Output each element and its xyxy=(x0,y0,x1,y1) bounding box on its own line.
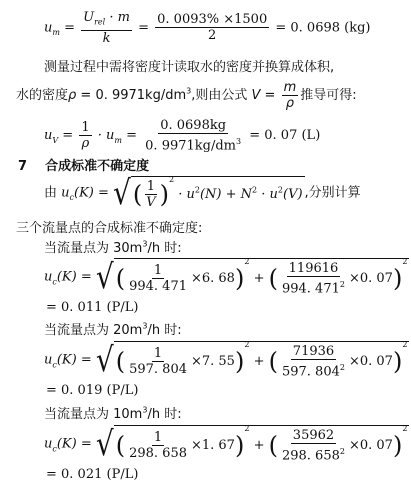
term-N: (N) + N xyxy=(200,187,252,202)
sqrt-expression: √ (1597. 804×7. 55)2 + (71936597. 8042×0… xyxy=(96,341,410,379)
numerator: 119616 xyxy=(287,261,341,277)
times-u: · u xyxy=(98,128,115,143)
symbol-u: u xyxy=(61,186,69,201)
lhs-K: (K) = xyxy=(57,353,96,368)
paragraph-density-conversion: 测量过程中需将密度计读取水的密度并换算成体积, xyxy=(44,56,334,75)
numerator-1: 1 xyxy=(79,120,91,136)
label-unit: /h 时: xyxy=(147,241,181,256)
flow-point-10-label: 当流量点为 10m3/h 时: xyxy=(44,403,182,422)
exponent-2: 2 xyxy=(169,175,174,184)
fraction-1-over-V: 1V xyxy=(144,179,157,210)
label-text: 当流量点为 20m xyxy=(44,323,142,338)
term-V: (V) xyxy=(283,187,303,202)
exponent-2: 2 xyxy=(340,280,345,289)
symbol-k: k xyxy=(101,31,113,46)
exponent-2: 2 xyxy=(402,257,407,266)
section-number: 7 xyxy=(18,159,27,174)
numerator-1: 1 xyxy=(145,179,157,195)
result-um: = 0. 0698 (kg) xyxy=(275,20,370,35)
equation-um: um = Urel · m k = 0. 0093% ×1500 2 = 0. … xyxy=(44,10,371,46)
fraction-2: 119616994. 4712 xyxy=(280,261,347,296)
result-uc-10: = 0. 021 (P/L) xyxy=(46,467,138,482)
text-by: 由 xyxy=(44,186,61,201)
fraction-1: 1597. 804 xyxy=(127,346,189,377)
fraction-1: 1298. 658 xyxy=(127,430,189,461)
symbol-m: m xyxy=(282,80,299,96)
fraction-2: 71936597. 8042 xyxy=(280,344,347,379)
density-value: = 0. 9971kg/dm xyxy=(76,88,186,103)
numerator-kg: 0. 0698kg xyxy=(158,118,228,134)
subscript-m: m xyxy=(114,136,122,145)
multiplier: ×1. 67 xyxy=(191,438,235,453)
sqrt-expression: √ (1298. 658×1. 67)2 + (35962298. 6582×0… xyxy=(96,425,410,463)
radical-sign: √ xyxy=(113,175,131,211)
result-uc-20: = 0. 019 (P/L) xyxy=(46,383,138,398)
fraction-m-over-rho: mρ xyxy=(282,80,299,111)
denominator: 597. 804 xyxy=(127,362,189,377)
radical-sign: √ xyxy=(96,259,114,295)
symbol-rho: ρ xyxy=(80,136,92,151)
fraction-2: 35962298. 6582 xyxy=(280,428,347,463)
exponent-2: 2 xyxy=(402,424,407,433)
lhs-K: (K) = xyxy=(74,186,113,201)
equation-uc-30: uc(K) = √ (1994. 471×6. 68)2 + (11961699… xyxy=(44,258,409,296)
exponent-2: 2 xyxy=(340,447,345,456)
result-uv: = 0. 07 (L) xyxy=(249,128,320,143)
exponent-2: 2 xyxy=(402,340,407,349)
section-title: 合成标准不确定度 xyxy=(45,159,149,174)
symbol-rho-den: ρ xyxy=(284,96,296,111)
exponent-2: 2 xyxy=(244,340,249,349)
equation-uv: uV = 1 ρ · um = 0. 0698kg 0. 9971kg/dm3 … xyxy=(44,118,320,153)
denominator: 597. 804 xyxy=(282,364,340,379)
lhs-K: (K) = xyxy=(57,437,96,452)
multiplier: ×6. 68 xyxy=(191,271,235,286)
exponent-2: 2 xyxy=(340,363,345,372)
denominator: 298. 658 xyxy=(127,446,189,461)
times-u: · u xyxy=(178,187,195,202)
multiplier: ×7. 55 xyxy=(191,354,235,369)
denominator: 2 xyxy=(206,28,218,43)
subscript-V: V xyxy=(52,136,58,145)
sqrt-expression: √ (1V)2 · u2(N) + N2 · u2(V) xyxy=(113,176,305,210)
subscript-m: m xyxy=(52,28,60,37)
symbol-U: U xyxy=(83,10,94,25)
symbol-V: V xyxy=(144,195,157,210)
section-7-heading: 7 合成标准不确定度 xyxy=(18,155,149,174)
exponent-2: 2 xyxy=(244,424,249,433)
result-uc-30: = 0. 011 (P/L) xyxy=(46,300,138,315)
fraction-urel-m-over-k: Urel · m k xyxy=(81,10,132,46)
lhs-K: (K) = xyxy=(57,270,96,285)
label-unit: /h 时: xyxy=(147,323,181,338)
text-water-density: 水的密度 xyxy=(16,88,68,103)
text-calc-separately: ,分别计算 xyxy=(305,186,361,201)
paragraph-water-density: 水的密度ρ = 0. 9971kg/dm3,则由公式 V = mρ推导可得: xyxy=(16,80,357,111)
multiplier: ×0. 07 xyxy=(349,354,393,369)
numerator: 1 xyxy=(152,430,164,446)
text-formula-intro: ,则由公式 xyxy=(191,88,251,103)
flow-point-30-label: 当流量点为 30m3/h 时: xyxy=(44,237,182,256)
numerator: 1 xyxy=(152,263,164,279)
exponent-2: 2 xyxy=(244,257,249,266)
numerator: 1 xyxy=(152,346,164,362)
flow-point-20-label: 当流量点为 20m3/h 时: xyxy=(44,319,182,338)
equation-uc-general: 由 uc(K) = √ (1V)2 · u2(N) + N2 · u2(V) ,… xyxy=(44,176,361,210)
times-u: · u xyxy=(257,187,278,202)
fraction-1: 1994. 471 xyxy=(127,263,189,294)
multiplier: ×0. 07 xyxy=(349,438,393,453)
fraction-numeric: 0. 0093% ×1500 2 xyxy=(155,12,269,43)
numerator: 71936 xyxy=(291,344,336,360)
radical-sign: √ xyxy=(96,426,114,462)
label-text: 当流量点为 10m xyxy=(44,407,142,422)
subscript-rel: rel xyxy=(94,18,105,27)
denominator: 994. 471 xyxy=(127,279,189,294)
multiplier: ×0. 07 xyxy=(349,271,393,286)
paragraph-three-flow-points: 三个流量点的合成标准不确定度: xyxy=(16,217,202,236)
numerator: 0. 0093% ×1500 xyxy=(155,12,269,28)
equation-uc-10: uc(K) = √ (1298. 658×1. 67)2 + (35962298… xyxy=(44,425,409,463)
numerator: 35962 xyxy=(291,428,336,444)
fraction-1-over-rho: 1 ρ xyxy=(79,120,91,151)
text-derive: 推导可得: xyxy=(300,88,356,103)
denominator-density: 0. 9971kg/dm xyxy=(145,138,236,153)
denominator: 298. 658 xyxy=(282,448,340,463)
label-unit: /h 时: xyxy=(147,407,181,422)
label-text: 当流量点为 30m xyxy=(44,241,142,256)
equals-sign: = xyxy=(260,88,279,103)
equation-uc-20: uc(K) = √ (1597. 804×7. 55)2 + (71936597… xyxy=(44,341,409,379)
fraction-kg-over-density: 0. 0698kg 0. 9971kg/dm3 xyxy=(143,118,243,153)
superscript-3: 3 xyxy=(236,137,241,146)
denominator: 994. 471 xyxy=(282,281,340,296)
radical-sign: √ xyxy=(96,342,114,378)
sqrt-expression: √ (1994. 471×6. 68)2 + (119616994. 4712×… xyxy=(96,258,410,296)
times-m: · m xyxy=(105,10,130,25)
